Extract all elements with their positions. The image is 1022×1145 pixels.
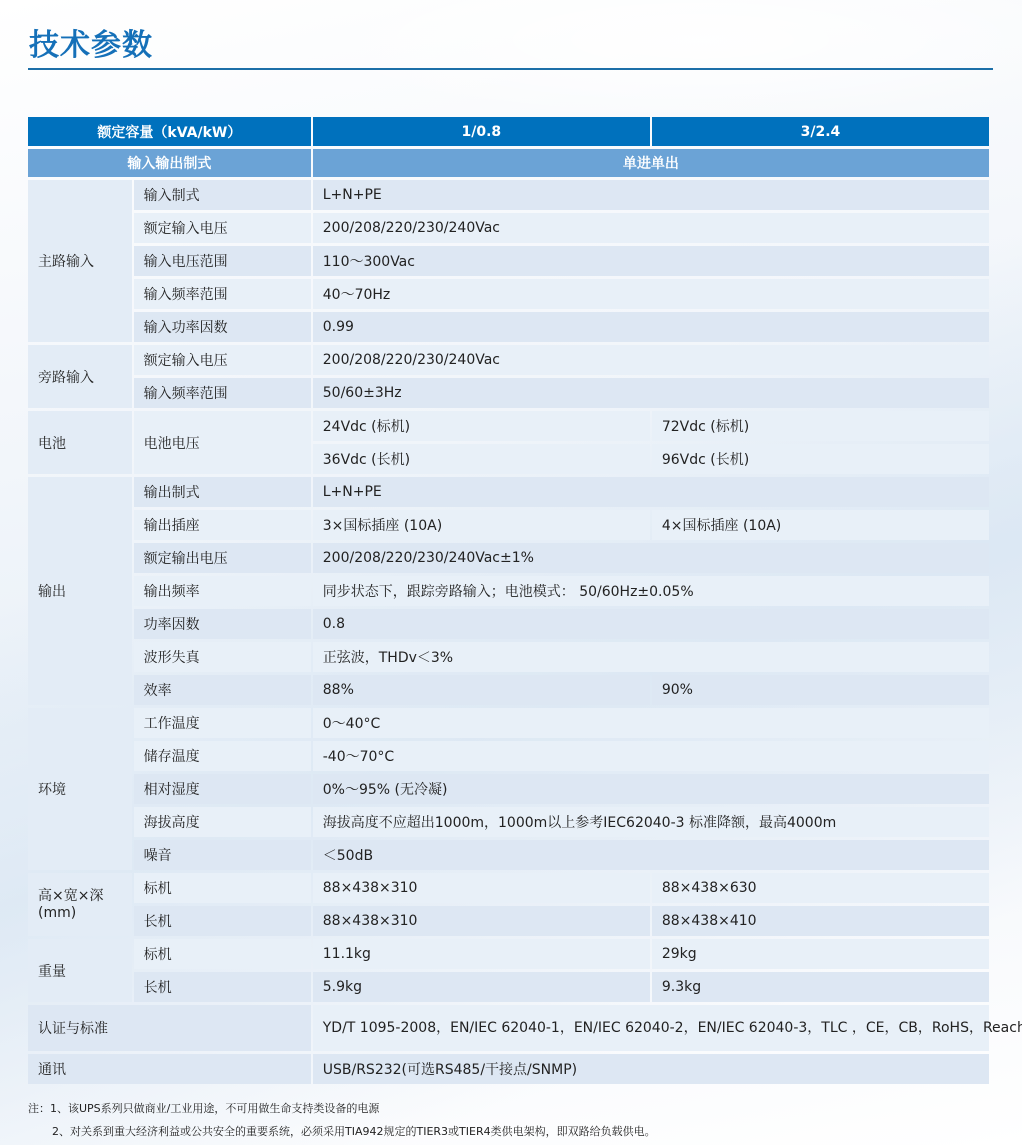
param-value: L+N+PE — [313, 477, 989, 507]
param-value: 正弦波，THDv＜3% — [313, 642, 989, 672]
param-value: 0.8 — [313, 609, 989, 639]
group-main-input: 主路输入 — [28, 180, 132, 342]
param-value-model-2: 9.3kg — [652, 972, 989, 1002]
table-row: 相对湿度 0%～95% (无冷凝) — [28, 774, 989, 804]
param-label: 效率 — [134, 675, 311, 705]
param-label: 储存温度 — [134, 741, 311, 771]
communication-value: USB/RS232(可选RS485/干接点/SNMP) — [313, 1054, 989, 1084]
param-label: 功率因数 — [134, 609, 311, 639]
title-divider — [28, 68, 993, 70]
group-output: 输出 — [28, 477, 132, 705]
param-value: 200/208/220/230/240Vac — [313, 213, 989, 243]
header-row-capacity: 额定容量（kVA/kW） 1/0.8 3/2.4 — [28, 117, 989, 146]
param-value-model-2: 88×438×630 — [652, 873, 989, 903]
dimensions-label: 高×宽×深 — [38, 888, 132, 905]
param-value-model-2: 72Vdc (标机) — [652, 411, 989, 441]
param-label: 标机 — [134, 873, 311, 903]
param-label: 输入频率范围 — [134, 378, 311, 408]
param-label: 噪音 — [134, 840, 311, 870]
table-row: 输出插座 3×国标插座 (10A) 4×国标插座 (10A) — [28, 510, 989, 540]
param-value: 同步状态下，跟踪旁路输入；电池模式： 50/60Hz±0.05% — [313, 576, 989, 606]
param-label: 输入电压范围 — [134, 246, 311, 276]
table-row: 储存温度 -40～70°C — [28, 741, 989, 771]
group-weight: 重量 — [28, 939, 132, 1002]
page-title: 技术参数 — [29, 20, 153, 64]
table-row: 输入频率范围 40～70Hz — [28, 279, 989, 309]
param-label: 工作温度 — [134, 708, 311, 738]
io-mode-value: 单进单出 — [313, 149, 989, 177]
table-row: 输入频率范围 50/60±3Hz — [28, 378, 989, 408]
param-label: 输入功率因数 — [134, 312, 311, 342]
group-environment: 环境 — [28, 708, 132, 870]
param-value-model-2: 29kg — [652, 939, 989, 969]
table-row: 额定输出电压 200/208/220/230/240Vac±1% — [28, 543, 989, 573]
certification-value: YD/T 1095-2008，EN/IEC 62040-1，EN/IEC 620… — [313, 1005, 989, 1051]
footnotes: 注：1、该UPS系列只做商业/工业用途，不可用做生命支持类设备的电源 2、对关系… — [28, 1097, 656, 1143]
param-label: 额定输入电压 — [134, 213, 311, 243]
communication-label: 通讯 — [28, 1054, 311, 1084]
param-value: ＜50dB — [313, 840, 989, 870]
param-label: 长机 — [134, 906, 311, 936]
table-row-communication: 通讯 USB/RS232(可选RS485/干接点/SNMP) — [28, 1054, 989, 1084]
param-label: 波形失真 — [134, 642, 311, 672]
param-label: 输出插座 — [134, 510, 311, 540]
param-label: 输出频率 — [134, 576, 311, 606]
param-label: 长机 — [134, 972, 311, 1002]
table-row: 旁路输入 额定输入电压 200/208/220/230/240Vac — [28, 345, 989, 375]
param-label: 输入制式 — [134, 180, 311, 210]
param-label: 输出制式 — [134, 477, 311, 507]
param-value: 50/60±3Hz — [313, 378, 989, 408]
param-value-model-1: 36Vdc (长机) — [313, 444, 650, 474]
param-value: L+N+PE — [313, 180, 989, 210]
model-2-header: 3/2.4 — [652, 117, 989, 146]
param-value: 0.99 — [313, 312, 989, 342]
param-label: 额定输出电压 — [134, 543, 311, 573]
param-label: 电池电压 — [134, 411, 311, 474]
table-row: 波形失真 正弦波，THDv＜3% — [28, 642, 989, 672]
param-value: 0～40°C — [313, 708, 989, 738]
table-row: 电池 电池电压 24Vdc (标机) 72Vdc (标机) — [28, 411, 989, 441]
group-dimensions: 高×宽×深 (mm) — [28, 873, 132, 936]
table-row: 长机 5.9kg 9.3kg — [28, 972, 989, 1002]
certification-label: 认证与标准 — [28, 1005, 311, 1051]
param-value: 40～70Hz — [313, 279, 989, 309]
table-row: 噪音 ＜50dB — [28, 840, 989, 870]
table-row: 长机 88×438×310 88×438×410 — [28, 906, 989, 936]
param-value: 200/208/220/230/240Vac — [313, 345, 989, 375]
table-row: 输出 输出制式 L+N+PE — [28, 477, 989, 507]
spec-table: 额定容量（kVA/kW） 1/0.8 3/2.4 输入输出制式 单进单出 主路输… — [26, 114, 991, 1087]
param-value-model-2: 96Vdc (长机) — [652, 444, 989, 474]
param-value-model-2: 88×438×410 — [652, 906, 989, 936]
table-row: 环境 工作温度 0～40°C — [28, 708, 989, 738]
table-row: 输入功率因数 0.99 — [28, 312, 989, 342]
table-row-certification: 认证与标准 YD/T 1095-2008，EN/IEC 62040-1，EN/I… — [28, 1005, 989, 1051]
table-row: 主路输入 输入制式 L+N+PE — [28, 180, 989, 210]
model-1-header: 1/0.8 — [313, 117, 650, 146]
param-value-model-1: 88×438×310 — [313, 906, 650, 936]
table-row: 功率因数 0.8 — [28, 609, 989, 639]
table-row: 额定输入电压 200/208/220/230/240Vac — [28, 213, 989, 243]
table-row: 输出频率 同步状态下，跟踪旁路输入；电池模式： 50/60Hz±0.05% — [28, 576, 989, 606]
table-row: 输入电压范围 110～300Vac — [28, 246, 989, 276]
param-value-model-1: 5.9kg — [313, 972, 650, 1002]
io-mode-label: 输入输出制式 — [28, 149, 311, 177]
param-value-model-2: 90% — [652, 675, 989, 705]
table-row: 高×宽×深 (mm) 标机 88×438×310 88×438×630 — [28, 873, 989, 903]
capacity-label: 额定容量（kVA/kW） — [28, 117, 311, 146]
param-label: 海拔高度 — [134, 807, 311, 837]
header-row-io-mode: 输入输出制式 单进单出 — [28, 149, 989, 177]
table-row: 效率 88% 90% — [28, 675, 989, 705]
param-value-model-1: 11.1kg — [313, 939, 650, 969]
param-label: 相对湿度 — [134, 774, 311, 804]
table-row: 重量 标机 11.1kg 29kg — [28, 939, 989, 969]
param-value: 海拔高度不应超出1000m，1000m以上参考IEC62040-3 标准降额，最… — [313, 807, 989, 837]
group-battery: 电池 — [28, 411, 132, 474]
param-value: 200/208/220/230/240Vac±1% — [313, 543, 989, 573]
param-value-model-2: 4×国标插座 (10A) — [652, 510, 989, 540]
param-value-model-1: 24Vdc (标机) — [313, 411, 650, 441]
param-label: 额定输入电压 — [134, 345, 311, 375]
param-value-model-1: 3×国标插座 (10A) — [313, 510, 650, 540]
param-value-model-1: 88% — [313, 675, 650, 705]
param-label: 标机 — [134, 939, 311, 969]
group-bypass-input: 旁路输入 — [28, 345, 132, 408]
footnote-2: 2、对关系到重大经济利益或公共安全的重要系统，必须采用TIA942规定的TIER… — [28, 1120, 656, 1143]
param-value: 110～300Vac — [313, 246, 989, 276]
param-label: 输入频率范围 — [134, 279, 311, 309]
dimensions-unit: (mm) — [38, 905, 132, 922]
param-value: -40～70°C — [313, 741, 989, 771]
param-value: 0%～95% (无冷凝) — [313, 774, 989, 804]
footnote-1: 注：1、该UPS系列只做商业/工业用途，不可用做生命支持类设备的电源 — [28, 1097, 656, 1120]
param-value-model-1: 88×438×310 — [313, 873, 650, 903]
table-row: 海拔高度 海拔高度不应超出1000m，1000m以上参考IEC62040-3 标… — [28, 807, 989, 837]
